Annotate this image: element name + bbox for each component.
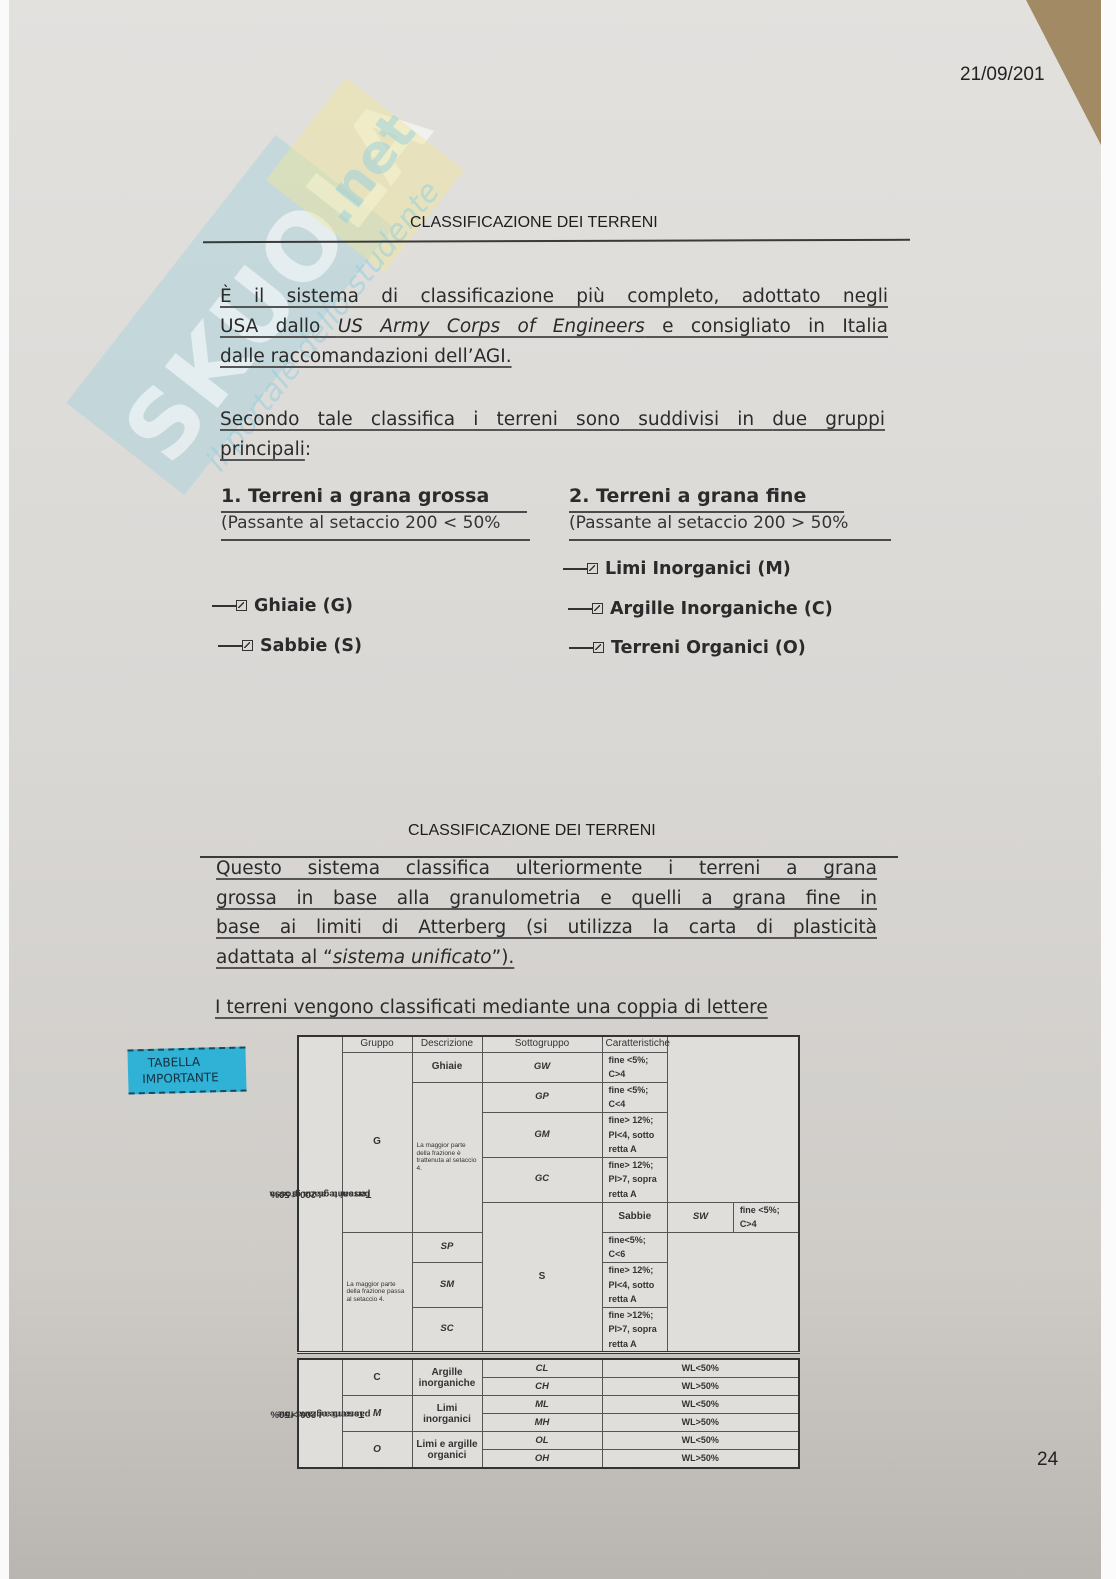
scan-margin-right: [1101, 0, 1116, 1579]
page-date: 21/09/201: [960, 64, 1045, 86]
section-title-2: CLASSIFICAZIONE DEI TERRENI: [408, 822, 656, 840]
checkbox-arrow-icon: [592, 603, 603, 614]
group-cell-G: G: [342, 1052, 412, 1232]
group-coarse-subtitle: (Passante al setaccio 200 < 50%: [221, 513, 500, 533]
category-terreni-organici: Terreni Organici (O): [569, 638, 806, 658]
category-label: Terreni Organici (O): [611, 638, 806, 658]
characteristics: fine> 12%; PI<4, sotto retta A: [602, 1112, 668, 1157]
header-gruppo: Gruppo: [342, 1036, 412, 1052]
category-label: Sabbie (S): [260, 636, 362, 656]
desc-limi-argille-organici: Limi e argille organici: [412, 1432, 482, 1469]
intro-paragraph: È il sistema di classificazione più comp…: [220, 282, 888, 372]
characteristics: fine<5%; C<6: [602, 1232, 668, 1262]
group-cell-O: O: [342, 1432, 412, 1469]
para2-line-2: grossa in base alla granulometria e quel…: [216, 884, 877, 914]
header-sottogruppo: Sottogruppo: [482, 1036, 602, 1052]
table-row: Terreni a grana finepassante al 200 > 50…: [298, 1359, 799, 1378]
desc-argille-inorganiche: Argille inorganiche: [412, 1359, 482, 1396]
group-cell-S: S: [482, 1202, 602, 1353]
checkbox-arrow-icon: [593, 642, 604, 653]
groups-paragraph: Secondo tale classifica i terreni sono s…: [220, 405, 885, 465]
characteristics: WL<50%: [602, 1359, 799, 1378]
desc-name-sabbie: Sabbie: [602, 1202, 668, 1232]
para2-line-4-italic: sistema unificato: [333, 947, 492, 968]
desc-name-ghiaie: Ghiaie: [412, 1052, 482, 1082]
fine-label-line-2: passante al 200 > 50%: [270, 1408, 370, 1419]
header-descrizione: Descrizione: [412, 1036, 482, 1052]
characteristics: WL>50%: [602, 1450, 799, 1469]
table-row: G Ghiaie GW fine <5%; C>4: [298, 1052, 799, 1082]
desc-ghiaie: La maggior parte della frazione è tratte…: [412, 1082, 482, 1232]
characteristics: fine <5%; C>4: [733, 1202, 799, 1232]
group-coarse-sub-underline: [221, 539, 530, 541]
group-cell-C: C: [342, 1359, 412, 1396]
para2-line-3: base ai limiti di Atterberg (si utilizza…: [216, 913, 877, 943]
para2-line-4b: ”).: [492, 947, 515, 968]
checkbox-arrow-icon: [236, 600, 247, 611]
characteristics: WL>50%: [602, 1378, 799, 1396]
letters-paragraph: I terreni vengono classificati mediante …: [215, 993, 865, 1023]
category-argille-inorganiche: Argille Inorganiche (C): [568, 599, 833, 619]
sticky-note-tabella-importante: TABELLA IMPORTANTE: [127, 1046, 246, 1094]
desc-sabbie: La maggior parte della frazione passa al…: [342, 1232, 412, 1353]
groups-line-2: principali: [220, 439, 305, 460]
characteristics: fine> 12%; PI>7, sopra retta A: [602, 1157, 668, 1202]
atterberg-paragraph: Questo sistema classifica ulteriormente …: [216, 854, 877, 972]
intro-line-3: dalle raccomandazioni dell’AGI.: [220, 342, 888, 372]
table-row: M Limi inorganici ML WL<50%: [298, 1396, 799, 1414]
coarse-label-line-2: passante al 200 ≤ 50%: [270, 1189, 370, 1200]
page-number: 24: [1037, 1449, 1058, 1471]
connector-line: [212, 605, 236, 607]
section-title-1: CLASSIFICAZIONE DEI TERRENI: [410, 214, 658, 232]
connector-line: [218, 645, 242, 647]
subgroup-code: CL: [482, 1359, 602, 1378]
uscs-classification-table: Terreni a grana grossapassante al 200 ≤ …: [297, 1035, 800, 1469]
table-header-row: Terreni a grana grossapassante al 200 ≤ …: [298, 1036, 799, 1052]
header-caratteristiche: Caratteristiche: [602, 1036, 668, 1052]
letters-line: I terreni vengono classificati mediante …: [215, 993, 865, 1023]
subgroup-code: SP: [412, 1232, 482, 1262]
characteristics: fine <5%; C>4: [602, 1052, 668, 1082]
intro-line-2b: e consigliato in Italia: [645, 316, 888, 337]
category-sabbie: Sabbie (S): [218, 636, 362, 656]
subgroup-code: OL: [482, 1432, 602, 1450]
table-row: O Limi e argille organici OL WL<50%: [298, 1432, 799, 1450]
desc-limi-inorganici: Limi inorganici: [412, 1396, 482, 1432]
characteristics: WL>50%: [602, 1414, 799, 1432]
category-ghiaie: Ghiaie (G): [212, 596, 353, 616]
connector-line: [563, 568, 587, 570]
sticky-note-line-2: IMPORTANTE: [142, 1068, 246, 1087]
connector-line: [569, 647, 593, 649]
subgroup-code: GW: [482, 1052, 602, 1082]
group-fine-subtitle: (Passante al setaccio 200 > 50%: [569, 513, 848, 533]
subgroup-code: SC: [412, 1307, 482, 1353]
intro-line-2-italic: US Army Corps of Engineers: [338, 316, 645, 337]
subgroup-code: GP: [482, 1082, 602, 1112]
groups-line-1a: Secondo tale classifica i terreni sono s…: [220, 409, 772, 430]
category-label: Argille Inorganiche (C): [610, 599, 833, 619]
characteristics: fine >12%; PI>7, sopra retta A: [602, 1307, 668, 1353]
group-fine-sub-underline: [569, 539, 891, 541]
para2-line-1: Questo sistema classifica ulteriormente …: [216, 854, 877, 884]
para2-line-4a: adattata al “: [216, 947, 333, 968]
characteristics: fine> 12%; PI<4, sotto retta A: [602, 1262, 668, 1307]
checkbox-arrow-icon: [587, 563, 598, 574]
characteristics: WL<50%: [602, 1396, 799, 1414]
fine-grained-table: Terreni a grana finepassante al 200 > 50…: [297, 1358, 800, 1469]
groups-colon: :: [305, 439, 311, 460]
subgroup-code: SM: [412, 1262, 482, 1307]
subgroup-code: GC: [482, 1157, 602, 1202]
subgroup-code: GM: [482, 1112, 602, 1157]
characteristics: WL<50%: [602, 1432, 799, 1450]
coarse-grained-table: Terreni a grana grossapassante al 200 ≤ …: [297, 1035, 800, 1354]
subgroup-code: MH: [482, 1414, 602, 1432]
category-label: Ghiaie (G): [254, 596, 353, 616]
subgroup-code: ML: [482, 1396, 602, 1414]
group-coarse-heading: 1. Terreni a grana grossa: [221, 485, 489, 507]
category-label: Limi Inorganici (M): [605, 559, 791, 579]
characteristics: fine <5%; C<4: [602, 1082, 668, 1112]
checkbox-arrow-icon: [242, 640, 253, 651]
subgroup-code: OH: [482, 1450, 602, 1469]
group-fine-heading: 2. Terreni a grana fine: [569, 485, 806, 507]
subgroup-code: SW: [668, 1202, 734, 1232]
fine-vertical-label: Terreni a grana finepassante al 200 > 50…: [298, 1359, 342, 1468]
intro-line-2a: USA dallo: [220, 316, 338, 337]
category-limi-inorganici: Limi Inorganici (M): [563, 559, 791, 579]
coarse-vertical-label: Terreni a grana grossapassante al 200 ≤ …: [298, 1036, 342, 1353]
subgroup-code: CH: [482, 1378, 602, 1396]
groups-line-1b: due gruppi: [772, 409, 885, 430]
scan-margin-left: [0, 0, 9, 1579]
connector-line: [568, 608, 592, 610]
intro-line-1: È il sistema di classificazione più comp…: [220, 282, 888, 312]
